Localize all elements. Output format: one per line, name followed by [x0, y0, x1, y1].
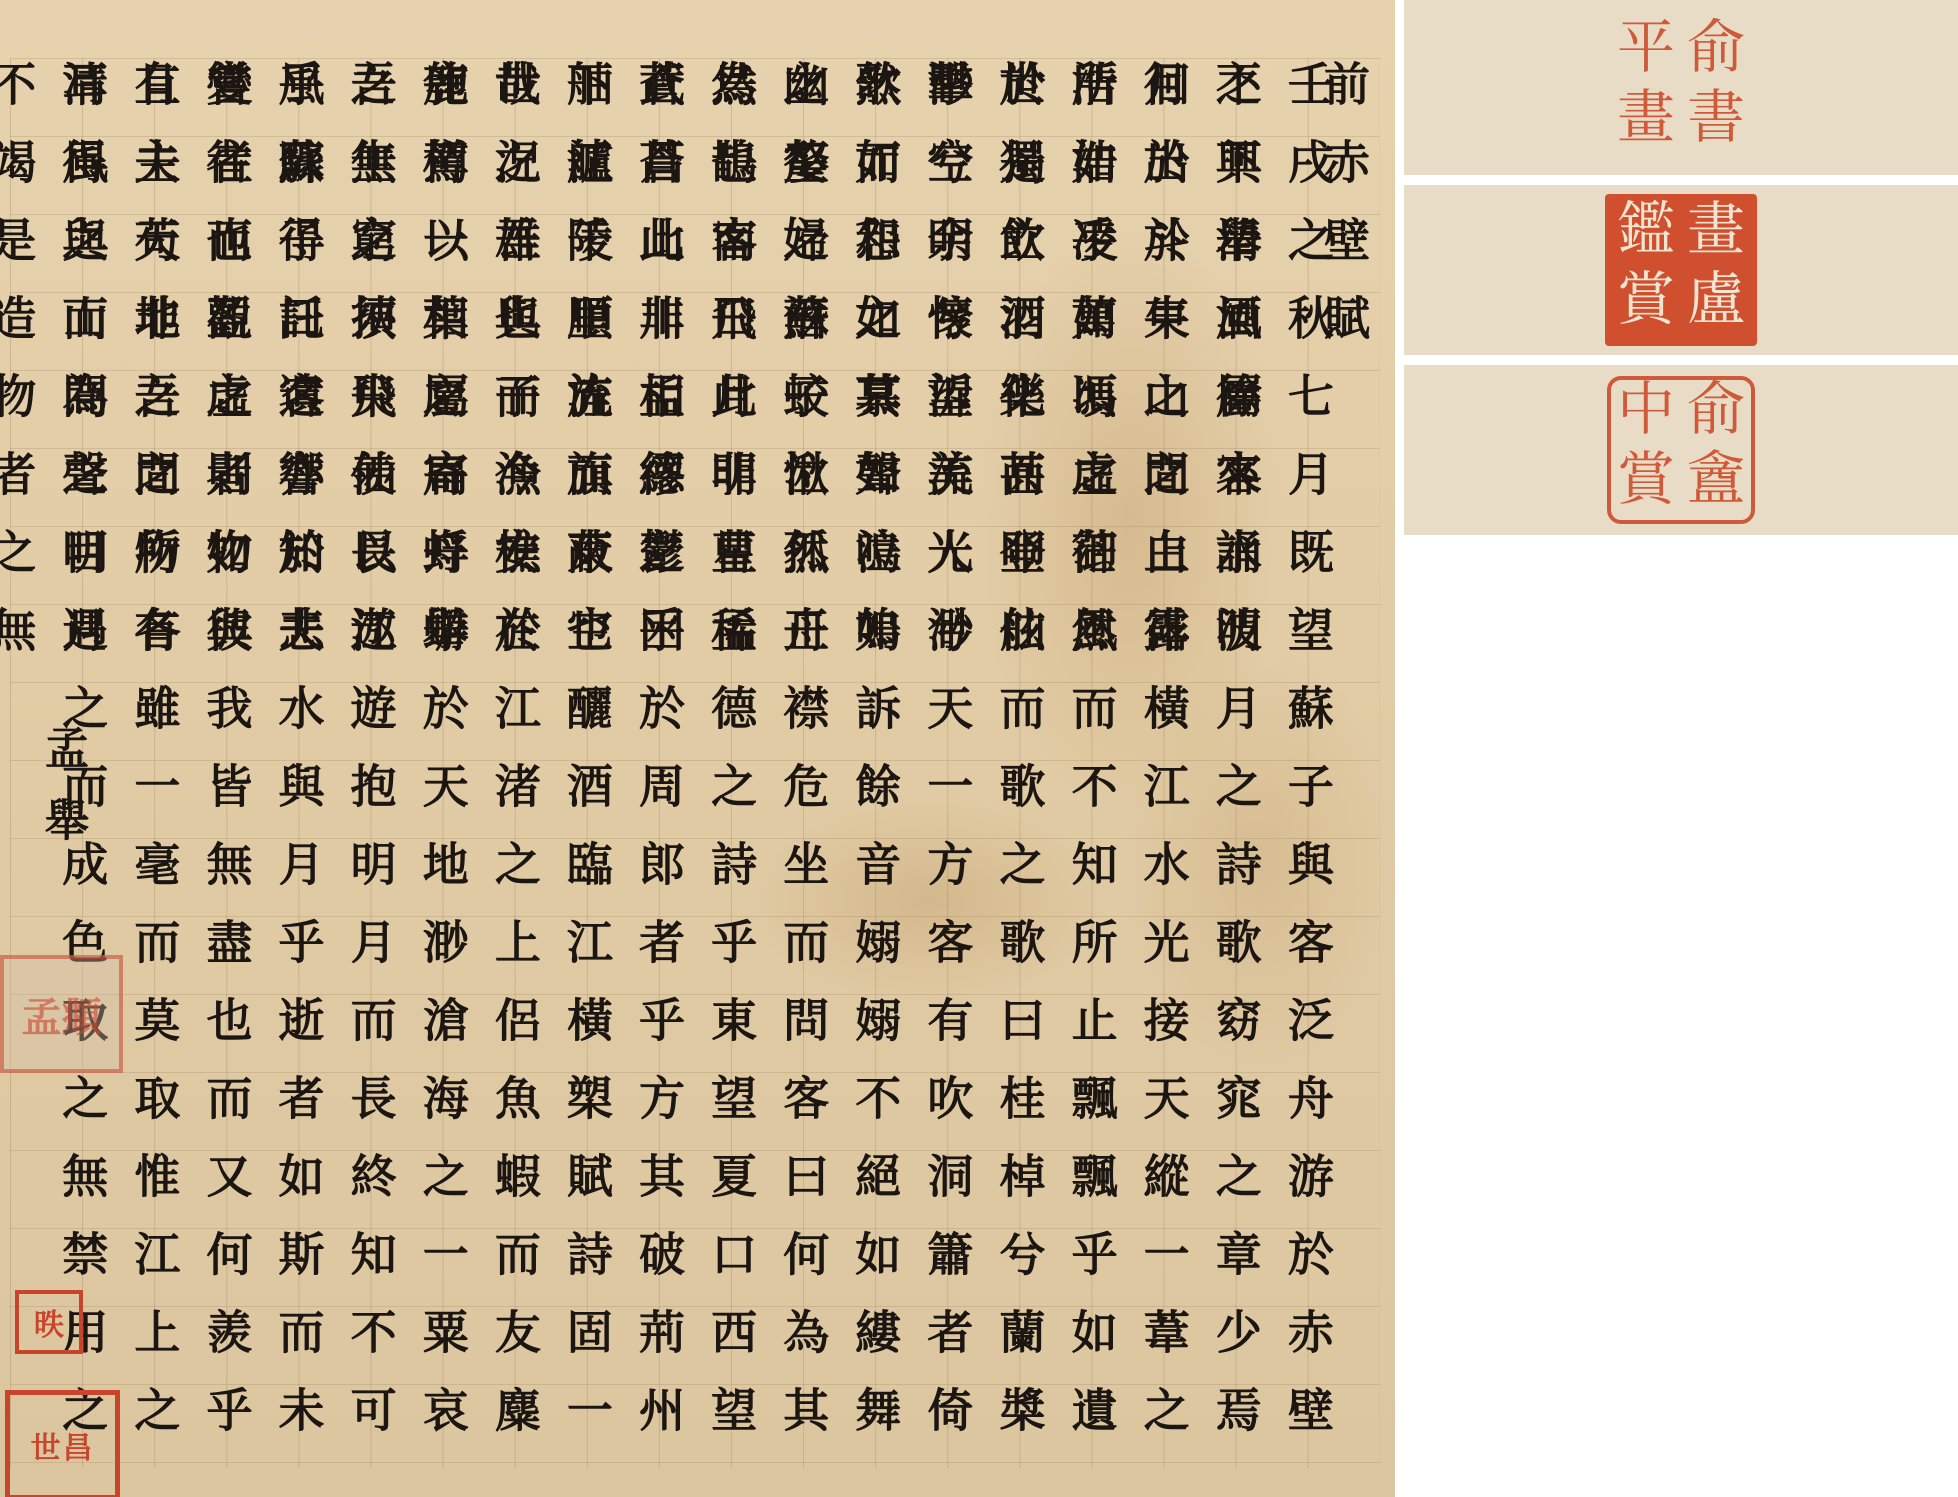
text-column: 壬戌之秋七月既望蘇子與客泛舟游於赤壁之下清風徐來水波: [1236, 60, 1308, 1480]
seal-glyphs: 平 俞 畫 書: [1611, 18, 1751, 158]
seal-detail-1: 平 俞 畫 書: [1404, 0, 1958, 175]
seal-glyph: 賞: [1611, 270, 1681, 340]
seal-detail-3: 中 俞 賞 盦: [1404, 365, 1958, 535]
column-title: 前赤壁賦: [1308, 60, 1380, 1480]
text-columns: 前赤壁賦 壬戌之秋七月既望蘇子與客泛舟游於赤壁之下清風徐來水波 不興舉酒屬客誦明…: [10, 60, 1380, 1480]
seal-glyph: 盧: [1681, 270, 1751, 340]
seal-glyph: 畫: [1611, 88, 1681, 158]
faint-seal: 孟頫: [0, 955, 123, 1073]
seal-detail-2: 鑑 畫 賞 盧: [1404, 185, 1958, 355]
seal-detail-panel: 平 俞 畫 書 鑑 畫 賞 盧 中 俞 賞 盦: [1404, 0, 1958, 1497]
seal-glyph: 平: [1611, 18, 1681, 88]
seal-glyph: 書: [1681, 88, 1751, 158]
signature: 孟舉: [30, 725, 158, 873]
small-seal: 昳: [15, 1290, 83, 1354]
seal-glyphs: 中 俞 賞 盦: [1607, 376, 1755, 524]
title-text: 前赤壁賦: [1308, 60, 1380, 1480]
seal-glyph: 俞: [1681, 18, 1751, 88]
large-seal: 世昌: [5, 1390, 120, 1497]
seal-glyph: 盦: [1681, 450, 1751, 520]
seal-glyphs: 鑑 畫 賞 盧: [1605, 194, 1757, 346]
signature-text: 孟舉: [30, 725, 94, 869]
calligraphy-scroll: 前赤壁賦 壬戌之秋七月既望蘇子與客泛舟游於赤壁之下清風徐來水波 不興舉酒屬客誦明…: [0, 0, 1395, 1497]
seal-glyph: 鑑: [1611, 200, 1681, 270]
seal-glyph: 賞: [1611, 450, 1681, 520]
seal-glyph: 畫: [1681, 200, 1751, 270]
seal-glyph: 俞: [1681, 380, 1751, 450]
seal-glyph: 中: [1611, 380, 1681, 450]
